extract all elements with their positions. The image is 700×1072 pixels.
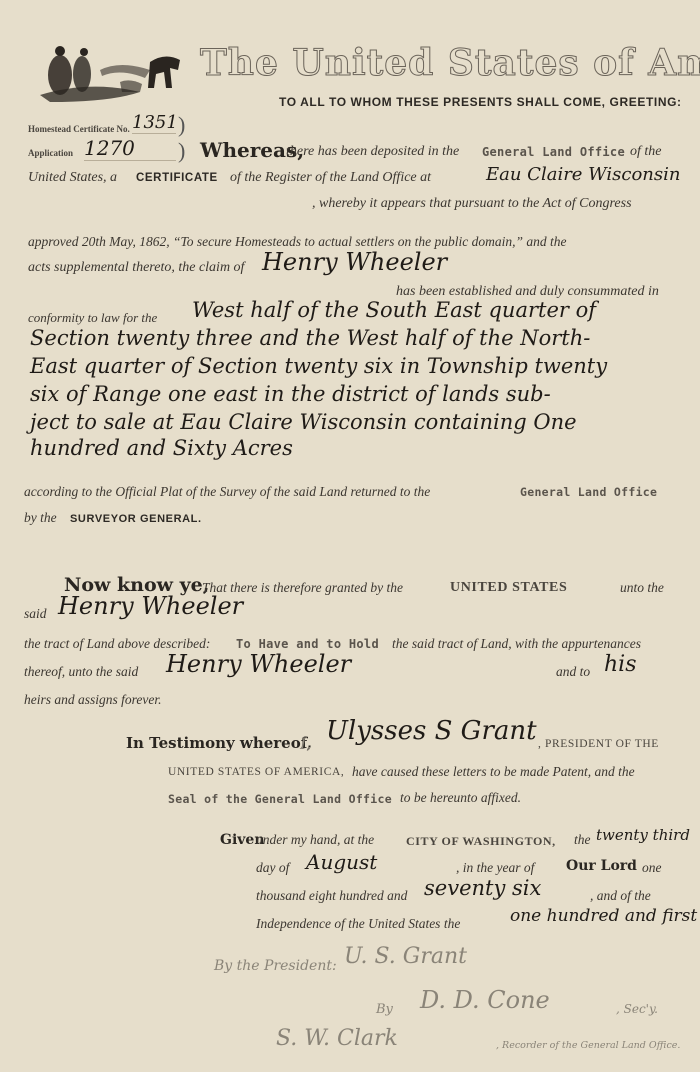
application-label: Application xyxy=(28,148,73,158)
certificate-text: CERTIFICATE xyxy=(136,172,218,184)
recorder-title: , Recorder of the General Land Office. xyxy=(496,1040,680,1051)
surveyor-general-text: SURVEYOR GENERAL. xyxy=(70,513,202,525)
body-text: day of xyxy=(256,860,289,876)
to-have-and-to-hold-text: To Have and to Hold xyxy=(236,637,379,651)
body-text: I, xyxy=(300,734,311,753)
city-text: CITY OF WASHINGTON, xyxy=(406,834,556,849)
body-text: to be hereunto affixed. xyxy=(400,790,521,806)
land-office-location: Eau Claire Wisconsin xyxy=(486,164,680,185)
body-text: Independence of the United States the xyxy=(256,916,460,932)
land-description-line: West half of the South East quarter of xyxy=(192,298,596,322)
grantee-name: Henry Wheeler xyxy=(166,650,351,678)
body-text: of the xyxy=(630,144,662,160)
month-written: August xyxy=(306,850,377,874)
body-text: of the Register of the Land Office at xyxy=(230,170,431,186)
land-description-line: ject to sale at Eau Claire Wisconsin con… xyxy=(30,410,577,434)
president-title: , PRESIDENT OF THE xyxy=(538,738,659,750)
body-text: UNITED STATES OF AMERICA, xyxy=(168,766,344,778)
land-description-line: Section twenty three and the West half o… xyxy=(30,326,590,350)
day-written: twenty third xyxy=(596,826,690,844)
our-lord-text: Our Lord xyxy=(566,858,637,874)
general-land-office-text: General Land Office xyxy=(482,145,625,159)
body-text: have caused these letters to be made Pat… xyxy=(352,764,635,780)
by-label: By xyxy=(376,1002,393,1017)
body-text: the xyxy=(574,832,591,848)
by-the-president-label: By the President: xyxy=(214,958,337,974)
body-text: under my hand, at the xyxy=(256,832,374,848)
body-text: unto the xyxy=(620,580,664,596)
land-description-line: East quarter of Section twenty six in To… xyxy=(30,354,607,378)
body-text: thereof, unto the said xyxy=(24,664,138,680)
president-name: Ulysses S Grant xyxy=(326,716,537,746)
body-text: heirs and assigns forever. xyxy=(24,692,162,708)
claimant-name: Henry Wheeler xyxy=(262,248,447,276)
seal-text: Seal of the General Land Office xyxy=(168,792,392,806)
bracket: ) xyxy=(178,112,185,138)
body-text: acts supplemental thereto, the claim of xyxy=(28,260,244,276)
body-text: the said tract of Land, with the appurte… xyxy=(392,636,641,652)
body-text: United States, a xyxy=(28,170,117,186)
independence-year-written: one hundred and first xyxy=(510,906,697,926)
land-description-line: six of Range one east in the district of… xyxy=(30,382,551,406)
pronoun-handwritten: his xyxy=(604,652,637,677)
body-text: and to xyxy=(556,664,590,680)
farm-illustration xyxy=(30,40,190,105)
body-text: , in the year of xyxy=(456,860,534,876)
general-land-office-text: General Land Office xyxy=(520,485,657,499)
body-text: there has been deposited in the xyxy=(286,144,459,160)
homestead-certificate-number: 1351 xyxy=(132,112,176,134)
land-description-line: hundred and Sixty Acres xyxy=(30,436,293,460)
body-text: said xyxy=(24,606,47,622)
homestead-certificate-label: Homestead Certificate No. xyxy=(28,124,130,134)
secretary-signature: D. D. Cone xyxy=(420,986,550,1014)
document-title: The United States of America, xyxy=(200,42,700,84)
application-number: 1270 xyxy=(84,136,176,161)
body-text: thousand eight hundred and xyxy=(256,888,407,904)
president-signature: U. S. Grant xyxy=(344,944,467,969)
body-text: by the xyxy=(24,510,57,526)
united-states-text: UNITED STATES xyxy=(450,580,567,596)
secretary-title: , Sec'y. xyxy=(616,1002,658,1016)
body-text: one xyxy=(642,860,662,876)
body-text: conformity to law for the xyxy=(28,310,157,326)
grantee-name: Henry Wheeler xyxy=(58,592,243,620)
recorder-signature: S. W. Clark xyxy=(276,1026,398,1051)
testimony-heading: In Testimony whereof, xyxy=(126,734,312,752)
year-written: seventy six xyxy=(424,876,541,900)
body-text: , whereby it appears that pursuant to th… xyxy=(312,196,632,212)
body-text: according to the Official Plat of the Su… xyxy=(24,484,430,500)
body-text: , and of the xyxy=(590,888,651,904)
bracket: ) xyxy=(178,138,185,164)
greeting: TO ALL TO WHOM THESE PRESENTS SHALL COME… xyxy=(279,95,682,109)
